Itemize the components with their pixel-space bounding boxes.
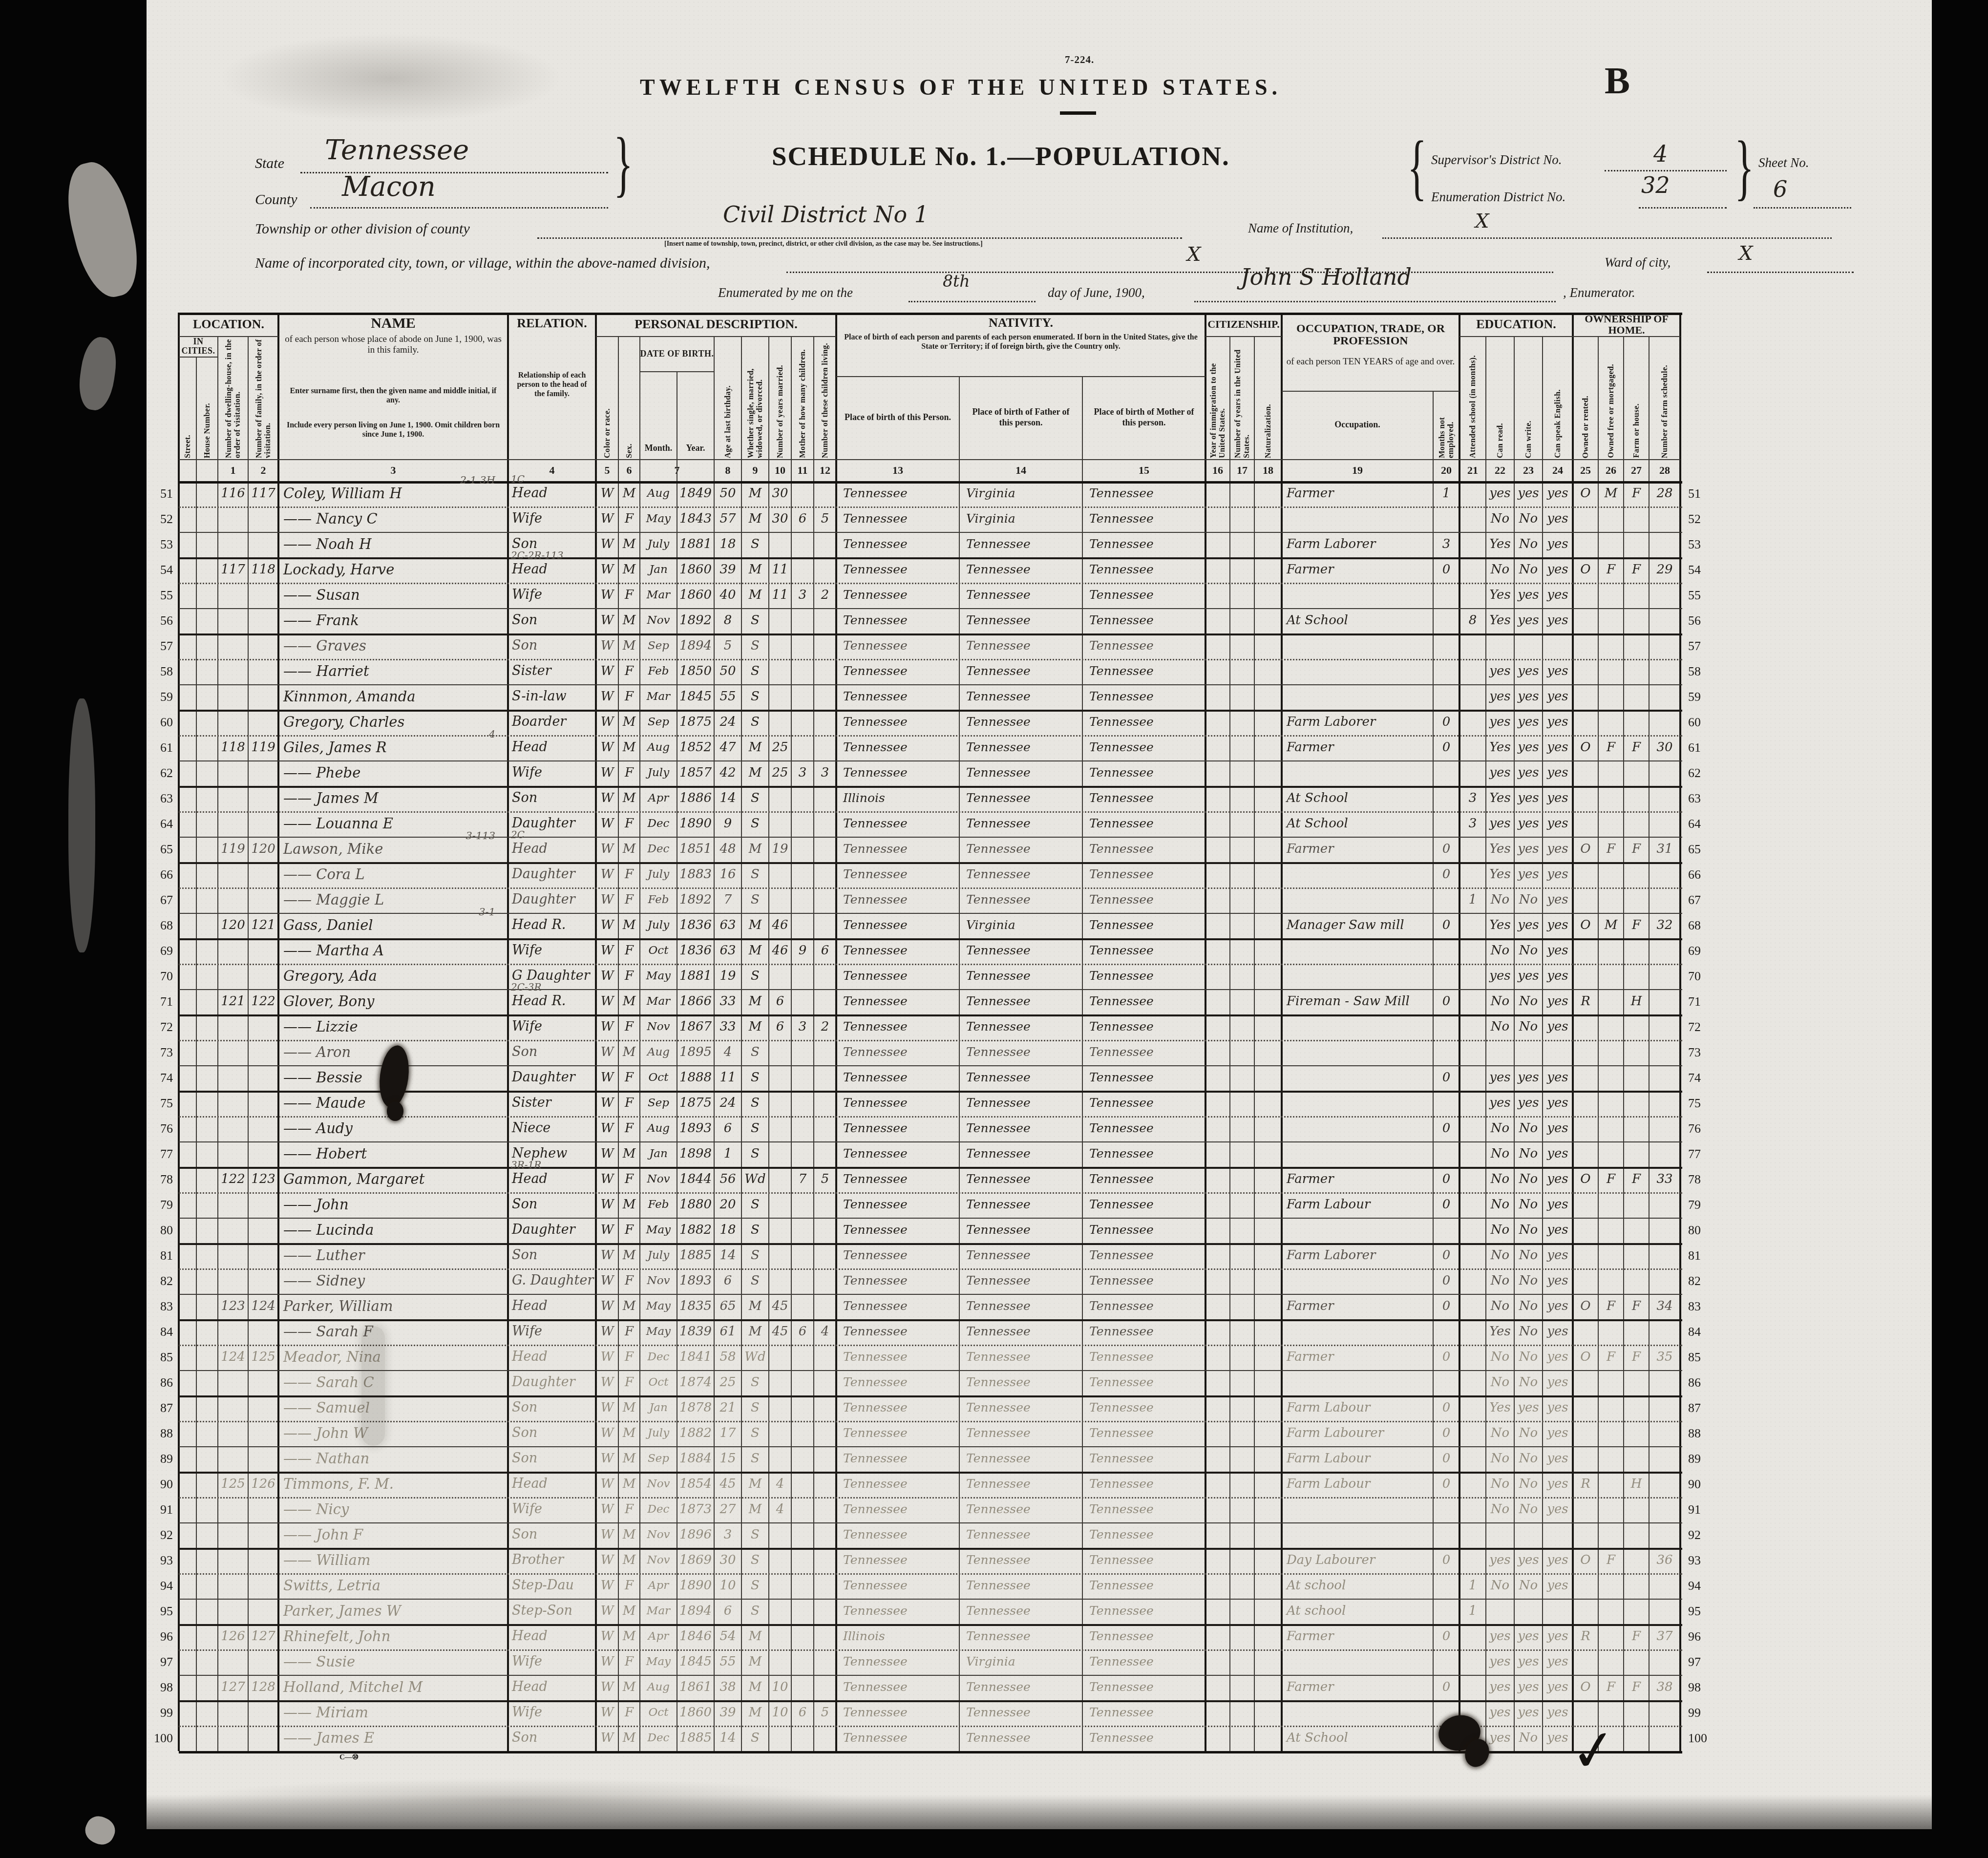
cell-age: 24 [714,1091,741,1116]
cell-pob: Tennessee [836,1243,959,1268]
cell-name: Gregory, Charles [278,710,508,735]
cell-en: yes [1543,1497,1573,1522]
cell-pob: Tennessee [836,760,959,786]
cell-s: F [618,1370,640,1395]
cell-c: W [596,1700,618,1726]
cell-c: W [596,1192,618,1218]
cell-mo: Nov [640,1522,677,1548]
column-header-text-yu: Number of years in the United States. [1233,337,1251,458]
grid-hline [179,459,1680,460]
cell-fs: 35 [1649,1345,1680,1370]
cell-age: 14 [714,1726,741,1751]
cell-occ: Farm Laborer [1282,1243,1433,1268]
line-number-right: 68 [1688,913,1710,938]
cell-m: S [741,1599,769,1624]
line-number-left: 99 [151,1700,173,1726]
cell-mo: Apr [640,1573,677,1599]
torn-paper-edge [68,698,95,952]
cell-pm: Tennessee [1082,735,1205,760]
enumerator-signature: John S Holland [1241,264,1412,290]
grid-vline [217,336,218,1751]
cell-pob: Tennessee [836,1294,959,1319]
cell-age: 47 [714,735,741,760]
cell-s: F [618,1497,640,1522]
relation-description: Relationship of each person to the head … [511,371,593,425]
cell-name: —— Phebe [278,760,508,786]
line-number-right: 55 [1688,583,1710,608]
cell-mo: Feb [640,887,677,913]
cell-mne: 0 [1433,1167,1459,1192]
cell-pf: Tennessee [959,1065,1082,1091]
cell-en: yes [1543,1319,1573,1345]
cell-name: —— Lizzie [278,1014,508,1040]
cell-ow: O [1573,557,1598,583]
census-sheet: 7-224. TWELFTH CENSUS OF THE UNITED STAT… [147,0,1932,1829]
cell-pf: Tennessee [959,1573,1082,1599]
cell-s: F [618,1014,640,1040]
column-number-en: 24 [1543,459,1573,481]
cell-mne: 0 [1433,1243,1459,1268]
cell-name: —— Susan [278,583,508,608]
tally-annotation: 4 [489,729,495,739]
cell-en: yes [1543,887,1573,913]
cell-rel: S-in-law [508,684,596,710]
cell-c: W [596,786,618,811]
cell-name: Giles, James R4 [278,735,508,760]
column-header-text-fs: Number of farm schedule. [1660,365,1669,458]
cell-pm: Tennessee [1082,1446,1205,1472]
cell-mo: July [640,1421,677,1446]
cell-mo: Aug [640,1675,677,1700]
cell-occ: Farmer [1282,557,1433,583]
cell-pob: Tennessee [836,837,959,862]
line-number-left: 68 [151,913,173,938]
cell-rd: Yes [1486,862,1514,887]
cell-rd: yes [1486,811,1514,837]
supervisor-district-label: Supervisor's District No. [1431,152,1562,168]
cell-pf: Tennessee [959,1268,1082,1294]
cell-name: —— Susie [278,1649,508,1675]
cell-age: 6 [714,1268,741,1294]
cell-s: F [618,938,640,964]
state-label: State [255,155,284,172]
cell-sch: 8 [1459,608,1486,633]
cell-name: Timmons, F. M. [278,1472,508,1497]
cell-pm: Tennessee [1082,1522,1205,1548]
date-of-birth-header: DATE OF BIRTH. [640,336,714,371]
cell-sch: 3 [1459,811,1486,837]
cell-m: S [741,1268,769,1294]
cell-rel: Step-Son [508,1599,596,1624]
cell-ym: 25 [769,760,791,786]
cell-rel: Wife [508,583,596,608]
cell-yr: 1866 [677,989,714,1014]
cell-yr: 1875 [677,1091,714,1116]
cell-name: Rhinefelt, John [278,1624,508,1649]
cell-mne: 0 [1433,1065,1459,1091]
cell-yr: 1893 [677,1116,714,1141]
column-number-im: 16 [1205,459,1230,481]
cell-age: 4 [714,1040,741,1065]
cell-pf: Tennessee [959,633,1082,659]
cell-age: 48 [714,837,741,862]
cell-wr: yes [1514,1649,1543,1675]
grid-vline [1623,336,1624,1751]
column-number-mg: 26 [1598,459,1624,481]
cell-pm: Tennessee [1082,1421,1205,1446]
cell-rd: No [1486,938,1514,964]
cell-rd: yes [1486,710,1514,735]
cell-pm: Tennessee [1082,887,1205,913]
cell-en: yes [1543,1294,1573,1319]
cell-en: yes [1543,1472,1573,1497]
cell-pm: Tennessee [1082,583,1205,608]
cell-age: 45 [714,1472,741,1497]
cell-yr: 1896 [677,1522,714,1548]
name-header: NAME [278,314,508,333]
cell-pob: Tennessee [836,532,959,557]
cell-occ: Farm Laborer [1282,710,1433,735]
cell-mne: 0 [1433,989,1459,1014]
line-number-left: 90 [151,1472,173,1497]
cell-c: W [596,1548,618,1573]
cell-s: F [618,684,640,710]
cell-en: yes [1543,786,1573,811]
citizenship-header: CITIZENSHIP. [1205,313,1282,336]
cell-yr: 1850 [677,659,714,684]
column-header-rd: Can read. [1486,337,1514,458]
cell-pob: Tennessee [836,1573,959,1599]
cell-yr: 1888 [677,1065,714,1091]
cell-pm: Tennessee [1082,913,1205,938]
cell-ow: O [1573,1548,1598,1573]
page-letter: B [1605,59,1630,103]
cell-age: 63 [714,938,741,964]
column-number-s: 6 [618,459,640,481]
cell-s: M [618,1675,640,1700]
cell-yr: 1875 [677,710,714,735]
cell-en: yes [1543,1649,1573,1675]
cell-ym: 10 [769,1700,791,1726]
cell-name: —— Samuel [278,1395,508,1421]
cell-rel: Wife [508,507,596,532]
cell-pm: Tennessee [1082,1573,1205,1599]
cell-fam: 123 [248,1167,278,1192]
cell-mo: Aug [640,481,677,507]
cell-pob: Tennessee [836,633,959,659]
cell-pm: Tennessee [1082,659,1205,684]
cell-c: W [596,557,618,583]
cell-pm: Tennessee [1082,1497,1205,1522]
line-number-right: 71 [1688,989,1710,1014]
cell-yr: 1836 [677,913,714,938]
nativity-header: NATIVITY. [836,314,1205,332]
cell-rel: Wife [508,1497,596,1522]
cell-wr: yes [1514,1624,1543,1649]
column-number-pob: 13 [836,459,959,481]
district-brace-open: { [1407,134,1427,200]
line-number-right: 86 [1688,1370,1710,1395]
cell-mo: Nov [640,1014,677,1040]
cell-yr: 1839 [677,1319,714,1345]
cell-rd: No [1486,1446,1514,1472]
enumerated-day-underline [909,301,1036,302]
cell-rel: Wife [508,1014,596,1040]
cell-name: —— Noah H [278,532,508,557]
institution-label: Name of Institution, [1248,221,1353,236]
cell-cl: 5 [814,507,836,532]
cell-age: 30 [714,1548,741,1573]
column-header-text-ym: Number of years married. [776,365,784,458]
cell-ym: 11 [769,583,791,608]
line-number-right: 62 [1688,760,1710,786]
cell-cl: 2 [814,583,836,608]
line-number-left: 82 [151,1268,173,1294]
cell-pm: Tennessee [1082,710,1205,735]
column-header-street: Street. [179,358,196,458]
cell-c: W [596,837,618,862]
cell-rd: No [1486,1167,1514,1192]
cell-mne: 0 [1433,1116,1459,1141]
cell-s: M [618,481,640,507]
cell-cl: 5 [814,1700,836,1726]
cell-mo: July [640,760,677,786]
cell-m: M [741,1675,769,1700]
cell-ym: 30 [769,507,791,532]
cell-yr: 1882 [677,1421,714,1446]
line-number-left: 94 [151,1573,173,1599]
grid-vline [178,313,180,1751]
line-number-right: 64 [1688,811,1710,837]
cell-c: W [596,1497,618,1522]
cell-fam: 122 [248,989,278,1014]
line-number-right: 65 [1688,837,1710,862]
cell-age: 56 [714,1167,741,1192]
cell-yr: 1843 [677,507,714,532]
cell-name: —— Martha A [278,938,508,964]
cell-pob: Tennessee [836,608,959,633]
cell-mo: July [640,532,677,557]
cell-dw: 127 [218,1675,248,1700]
cell-rel: Head [508,1675,596,1700]
line-number-right: 96 [1688,1624,1710,1649]
column-header-text-dw: Number of dwelling-house, in the order o… [224,337,242,458]
cell-mo: Dec [640,811,677,837]
cell-age: 24 [714,710,741,735]
cell-occ: Farm Labour [1282,1395,1433,1421]
cell-fh: H [1624,1472,1649,1497]
column-number-cl: 12 [814,459,836,481]
cell-en: yes [1543,1167,1573,1192]
line-number-left: 95 [151,1599,173,1624]
cell-c: W [596,938,618,964]
cell-name: —— John F [278,1522,508,1548]
grid-hline [1459,336,1573,337]
cell-pob: Tennessee [836,1370,959,1395]
column-header-text-s: Sex. [625,443,634,458]
cell-m: S [741,532,769,557]
line-number-left: 92 [151,1522,173,1548]
cell-yr: 1860 [677,583,714,608]
cell-rel: Daughter [508,862,596,887]
cell-pm: Tennessee [1082,786,1205,811]
cell-rd: yes [1486,1624,1514,1649]
cell-en: yes [1543,760,1573,786]
cell-mg: F [1598,1345,1624,1370]
cell-name: Gregory, Ada [278,964,508,989]
form-code: 7-224. [1065,54,1094,66]
enumerated-line-3: , Enumerator. [1563,285,1635,300]
supervisor-district-value: 4 [1653,141,1668,167]
cell-wr: yes [1514,862,1543,887]
cell-pm: Tennessee [1082,1167,1205,1192]
cell-mg: F [1598,1294,1624,1319]
cell-ym: 4 [769,1472,791,1497]
cell-yr: 1898 [677,1141,714,1167]
column-number-house [196,459,218,481]
cell-ym: 25 [769,735,791,760]
cell-c: W [596,1675,618,1700]
cell-age: 16 [714,862,741,887]
cell-dw: 122 [218,1167,248,1192]
cell-ow: O [1573,1345,1598,1370]
cell-name: —— Maggie L [278,887,508,913]
cell-rd: No [1486,1268,1514,1294]
cell-wr: No [1514,1421,1543,1446]
line-number-left: 54 [151,557,173,583]
cell-pf: Virginia [959,1649,1082,1675]
cell-pob: Tennessee [836,1497,959,1522]
cell-mo: Oct [640,1370,677,1395]
cell-wr: yes [1514,608,1543,633]
cell-pm: Tennessee [1082,507,1205,532]
column-header-text-wr: Can write. [1524,421,1533,458]
cell-rd: yes [1486,1091,1514,1116]
cell-en: yes [1543,684,1573,710]
cell-pf: Tennessee [959,1091,1082,1116]
cell-wr: yes [1514,837,1543,862]
cell-name: —— Frank [278,608,508,633]
cell-ow: R [1573,989,1598,1014]
cell-yr: 1844 [677,1167,714,1192]
grid-hline [1573,336,1680,337]
cell-m: M [741,557,769,583]
cell-occ: Farmer [1282,1294,1433,1319]
cell-rd: Yes [1486,735,1514,760]
cell-s: M [618,837,640,862]
cell-wr: No [1514,1192,1543,1218]
cell-pf: Tennessee [959,1446,1082,1472]
cell-s: F [618,1091,640,1116]
column-header-yu: Number of years in the United States. [1230,337,1254,458]
cell-s: M [618,1395,640,1421]
column-number-fam: 2 [248,459,278,481]
column-header-ow: Owned or rented. [1573,337,1598,458]
cell-pob: Tennessee [836,1395,959,1421]
cell-rd: yes [1486,964,1514,989]
cell-cl: 5 [814,1167,836,1192]
cell-mne: 0 [1433,710,1459,735]
column-header-text-house: House Number. [203,403,211,458]
cell-rel: Daughter [508,1218,596,1243]
line-number-left: 85 [151,1345,173,1370]
column-number-age: 8 [714,459,741,481]
cell-occ: Farmer [1282,837,1433,862]
cell-mo: Sep [640,1091,677,1116]
cell-pf: Tennessee [959,532,1082,557]
cell-wr: No [1514,1141,1543,1167]
cell-mne: 0 [1433,862,1459,887]
cell-age: 18 [714,532,741,557]
cell-ow: O [1573,1294,1598,1319]
sheet-label: Sheet No. [1758,155,1809,170]
line-number-left: 62 [151,760,173,786]
cell-en: yes [1543,507,1573,532]
cell-fh: F [1624,1294,1649,1319]
cell-pob: Tennessee [836,1167,959,1192]
cell-age: 55 [714,684,741,710]
scan-smudge [205,29,576,127]
cell-c: W [596,887,618,913]
cell-mo: May [640,1319,677,1345]
cell-ym: 45 [769,1319,791,1345]
line-number-left: 61 [151,735,173,760]
cell-rd: No [1486,1345,1514,1370]
cell-pob: Tennessee [836,684,959,710]
cell-mo: Nov [640,1268,677,1294]
cell-pm: Tennessee [1082,811,1205,837]
cell-m: M [741,1014,769,1040]
cell-pf: Tennessee [959,1497,1082,1522]
cell-rel: Head1C [508,481,596,507]
cell-rd: No [1486,989,1514,1014]
cell-dw: 119 [218,837,248,862]
cell-fh: F [1624,1345,1649,1370]
cell-wr: No [1514,1243,1543,1268]
line-number-right: 60 [1688,710,1710,735]
cell-c: W [596,1599,618,1624]
cell-rel: Daughter [508,887,596,913]
cell-fam: 124 [248,1294,278,1319]
cell-rel: Step-Dau [508,1573,596,1599]
cell-mne: 0 [1433,913,1459,938]
education-header: EDUCATION. [1459,313,1573,336]
cell-en: yes [1543,1395,1573,1421]
cell-rd: Yes [1486,1395,1514,1421]
cell-mo: Nov [640,608,677,633]
cell-wr: yes [1514,481,1543,507]
cell-pf: Virginia [959,507,1082,532]
cell-s: F [618,1345,640,1370]
line-number-right: 100 [1688,1726,1710,1751]
cell-pob: Tennessee [836,1040,959,1065]
cell-mo: Mar [640,684,677,710]
grid-vline [1281,313,1283,1751]
cell-s: M [618,1141,640,1167]
grid-vline [1254,336,1255,1751]
cell-rel: Head2C [508,837,596,862]
cell-rel: Son [508,1395,596,1421]
cell-fam: 117 [248,481,278,507]
cell-en: yes [1543,1268,1573,1294]
cell-rd: No [1486,1497,1514,1522]
cell-wr: No [1514,1472,1543,1497]
cell-en: yes [1543,1624,1573,1649]
line-number-right: 63 [1688,786,1710,811]
cell-m: S [741,1395,769,1421]
line-number-left: 98 [151,1675,173,1700]
cell-yr: 1890 [677,811,714,837]
